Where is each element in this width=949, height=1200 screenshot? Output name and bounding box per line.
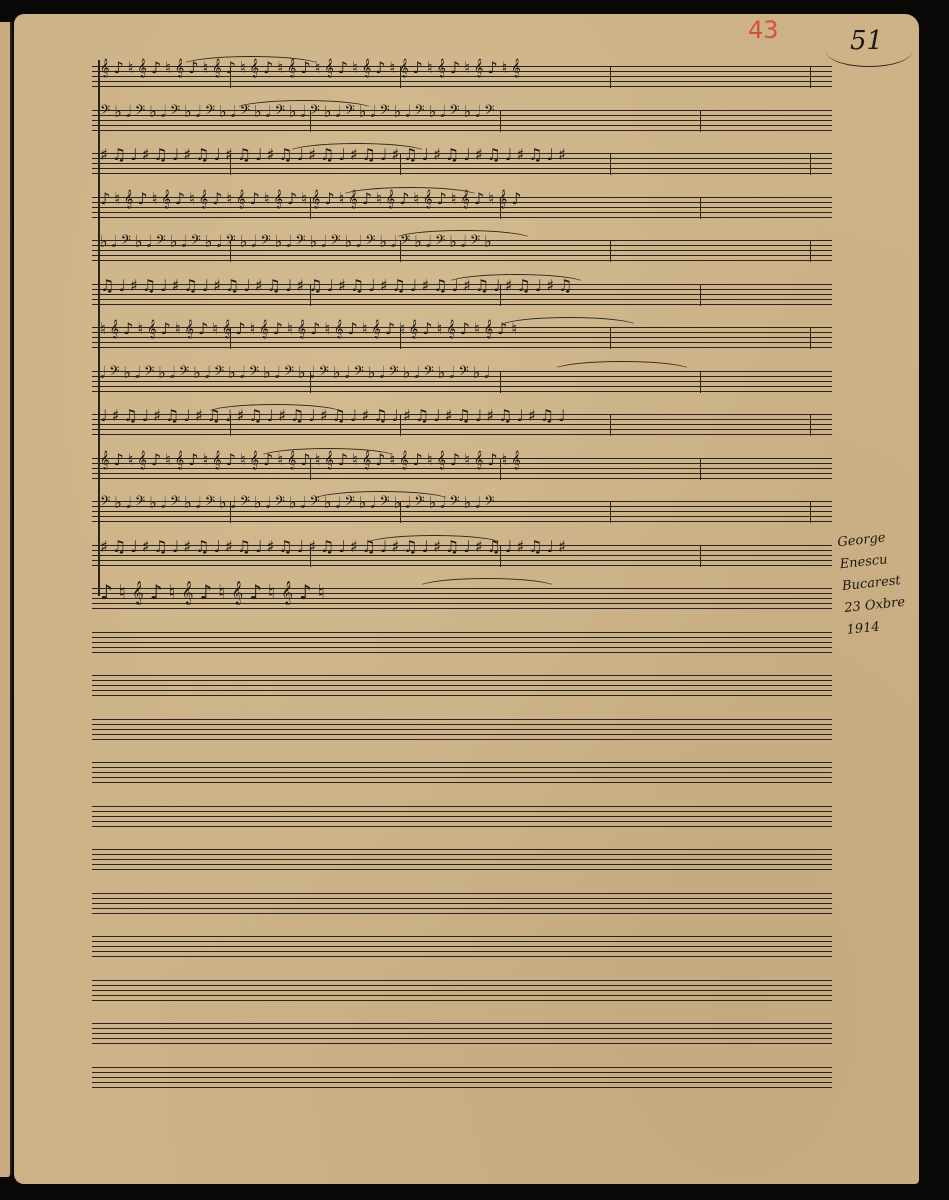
- staff-blank: [92, 1023, 832, 1045]
- staff-blank: [92, 762, 832, 784]
- slur-mark: [257, 448, 399, 468]
- staff-line: [92, 946, 832, 947]
- barline: [810, 66, 811, 88]
- staff-line: [92, 777, 832, 778]
- slur-mark: [180, 56, 322, 76]
- staff-line: [92, 473, 832, 474]
- slur-mark: [498, 317, 640, 337]
- staff-line: [92, 990, 832, 991]
- staff-line: [92, 1043, 832, 1044]
- slur-mark: [551, 361, 693, 381]
- slur-mark: [233, 100, 375, 120]
- staff-line: [92, 342, 832, 343]
- barline: [230, 153, 231, 175]
- staff-line: [92, 255, 832, 256]
- staff-line: [92, 980, 832, 981]
- staff-line: [92, 734, 832, 735]
- barline: [700, 197, 701, 219]
- barline: [700, 545, 701, 567]
- staff-line: [92, 690, 832, 691]
- barline: [230, 240, 231, 262]
- barline: [310, 197, 311, 219]
- barline: [400, 414, 401, 436]
- staff-line: [92, 1028, 832, 1029]
- staff-line: [92, 1038, 832, 1039]
- staff-line: [92, 695, 832, 696]
- staff-line: [92, 434, 832, 435]
- staff-line: [92, 125, 832, 126]
- staff-line: [92, 908, 832, 909]
- staff-blank: [92, 893, 832, 915]
- staff-line: [92, 429, 832, 430]
- staff-line: [92, 637, 832, 638]
- slur-mark: [339, 187, 481, 207]
- staff-line: [92, 995, 832, 996]
- barline: [310, 545, 311, 567]
- staff-line: [92, 675, 832, 676]
- staff-line: [92, 685, 832, 686]
- barline: [500, 371, 501, 393]
- staff-line: [92, 816, 832, 817]
- staff-line: [92, 893, 832, 894]
- staff-line: [92, 898, 832, 899]
- staff-line: [92, 821, 832, 822]
- slur-mark: [363, 535, 505, 555]
- staff-line: [92, 565, 832, 566]
- barline: [700, 458, 701, 480]
- staff-line: [92, 826, 832, 827]
- staff-line: [92, 951, 832, 952]
- staff-line: [92, 956, 832, 957]
- staff-line: [92, 299, 832, 300]
- staff-line: [92, 212, 832, 213]
- staff-line: [92, 1072, 832, 1073]
- slur-mark: [416, 578, 558, 598]
- staff-line: [92, 130, 832, 131]
- previous-page-edge: [0, 22, 12, 1177]
- slur-mark: [310, 491, 452, 511]
- staff-line: [92, 941, 832, 942]
- staff-line: [92, 173, 832, 174]
- staff-line: [92, 304, 832, 305]
- staff-line: [92, 647, 832, 648]
- barline: [500, 458, 501, 480]
- staff-line: [92, 739, 832, 740]
- staff-blank: [92, 936, 832, 958]
- staff-line: [92, 260, 832, 261]
- folio-underline: [826, 36, 912, 67]
- staff-line: [92, 680, 832, 681]
- staff-line: [92, 391, 832, 392]
- barline: [810, 501, 811, 523]
- barline: [810, 414, 811, 436]
- slur-mark: [445, 274, 587, 294]
- staff-line: [92, 849, 832, 850]
- barline: [810, 153, 811, 175]
- staff-line: [92, 652, 832, 653]
- staff-line: [92, 1067, 832, 1068]
- staff-line: [92, 560, 832, 561]
- staff-line: [92, 81, 832, 82]
- staff-line: [92, 864, 832, 865]
- barline: [310, 371, 311, 393]
- staff-line: [92, 985, 832, 986]
- staff-line: [92, 168, 832, 169]
- staff-blank: [92, 675, 832, 697]
- slur-mark: [286, 143, 428, 163]
- barline: [700, 110, 701, 132]
- barline: [610, 501, 611, 523]
- barline: [700, 284, 701, 306]
- staff-blank: [92, 849, 832, 871]
- signature-annotation: George Enescu Bucarest 23 Oxbre 1914: [836, 524, 927, 642]
- staff-line: [92, 516, 832, 517]
- staff-line: [92, 719, 832, 720]
- staff-line: [92, 903, 832, 904]
- barline: [610, 66, 611, 88]
- barline: [310, 284, 311, 306]
- staff-line: [92, 729, 832, 730]
- staff-line: [92, 608, 832, 609]
- staff-line: [92, 1082, 832, 1083]
- barline: [400, 66, 401, 88]
- barline: [400, 327, 401, 349]
- staff-line: [92, 869, 832, 870]
- staff-line: [92, 767, 832, 768]
- staff-line: [92, 772, 832, 773]
- slur-mark: [392, 230, 534, 250]
- staff-line: [92, 782, 832, 783]
- staff-line: [92, 859, 832, 860]
- barline: [500, 197, 501, 219]
- barline: [610, 240, 611, 262]
- staff-line: [92, 762, 832, 763]
- handwritten-notes: ♪♮𝄞♪♮𝄞♪♮𝄞♪♮𝄞♪♮: [100, 580, 331, 604]
- staff-line: [92, 217, 832, 218]
- barline: [810, 240, 811, 262]
- staff-line: [92, 811, 832, 812]
- slur-mark: [204, 404, 346, 424]
- staff-line: [92, 642, 832, 643]
- staff-line: [92, 1033, 832, 1034]
- barline: [500, 110, 501, 132]
- barline: [610, 414, 611, 436]
- folio-number-red: 43: [748, 16, 779, 44]
- staff-line: [92, 521, 832, 522]
- staff-line: [92, 854, 832, 855]
- barline: [230, 501, 231, 523]
- staff-line: [92, 1023, 832, 1024]
- staff-line: [92, 478, 832, 479]
- staff-line: [92, 913, 832, 914]
- staff-line: [92, 86, 832, 87]
- staff-line: [92, 632, 832, 633]
- staff-blank: [92, 980, 832, 1002]
- staff-line: [92, 1087, 832, 1088]
- barline: [700, 371, 701, 393]
- system-brace: [98, 60, 100, 596]
- staff-blank: [92, 632, 832, 654]
- staff-line: [92, 724, 832, 725]
- handwritten-notes: ♮𝄞♪♮𝄞♪♮𝄞♪♮𝄞♪♮𝄞♪♮𝄞♪♮𝄞♪♮𝄞♪♮𝄞♪♮𝄞♪♮𝄞♪♮: [100, 319, 521, 339]
- staff-line: [92, 806, 832, 807]
- staff-line: [92, 1077, 832, 1078]
- staff-line: [92, 386, 832, 387]
- barline: [230, 327, 231, 349]
- staff-blank: [92, 806, 832, 828]
- staff-blank: [92, 1067, 832, 1089]
- staff-line: [92, 936, 832, 937]
- barline: [810, 327, 811, 349]
- staff-line: [92, 347, 832, 348]
- staff-line: [92, 1000, 832, 1001]
- barline: [610, 153, 611, 175]
- handwritten-notes: 𝅗𝅥𝄢♭𝅗𝅥𝄢♭𝅗𝅥𝄢♭𝅗𝅥𝄢♭𝅗𝅥𝄢♭𝅗𝅥𝄢♭𝅗𝅥𝄢♭𝅗𝅥𝄢♭𝅗𝅥𝄢♭𝅗𝅥𝄢♭…: [100, 363, 493, 383]
- staff-blank: [92, 719, 832, 741]
